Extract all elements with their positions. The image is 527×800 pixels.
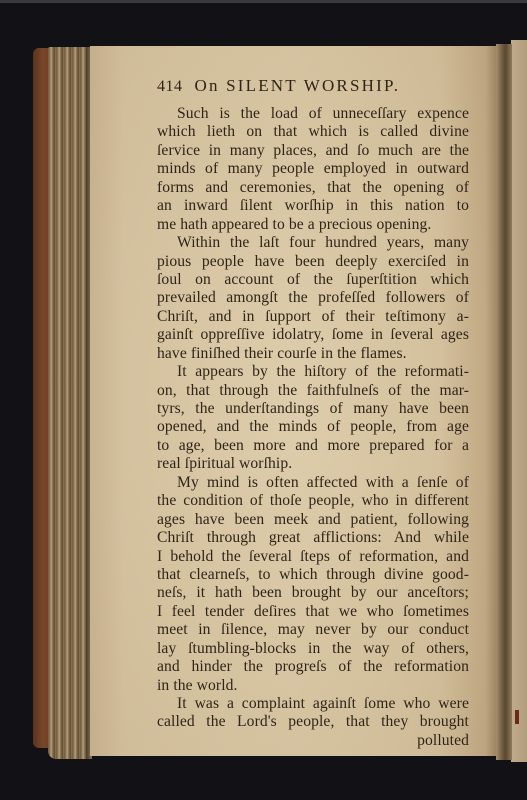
running-head-title: On SILENT WORSHIP. — [195, 77, 401, 95]
paragraph: Within the laſt four hundred years, many… — [157, 234, 469, 363]
text-line: minds of many people employed in outward — [157, 160, 469, 178]
text-line: ages have been meek and patient, followi… — [157, 511, 469, 529]
text-line: My mind is often affected with a ſenſe o… — [157, 474, 469, 492]
page-edges — [48, 47, 92, 759]
text-line: to age, been more and more prepared for … — [157, 437, 469, 455]
text-line: me hath appeared to be a precious openin… — [157, 216, 469, 234]
text-line: and hinder the progreſs of the reformati… — [157, 658, 469, 676]
page-text: 414 On SILENT WORSHIP. Such is the load … — [157, 77, 469, 750]
text-line: I behold the ſeveral ſteps of reformatio… — [157, 548, 469, 566]
text-line: opened, and the minds of people, from ag… — [157, 418, 469, 436]
text-line: meet in ſilence, may never by our conduc… — [157, 621, 469, 639]
text-line: tyrs, the underſtandings of many have be… — [157, 400, 469, 418]
text-line: an inward ſilent worſhip in this nation … — [157, 197, 469, 215]
page-number: 414 — [157, 78, 183, 96]
paragraph: It was a complaint againſt ſome who were… — [157, 695, 469, 732]
text-line: It appears by the hiſtory of the reforma… — [157, 363, 469, 381]
text-line: on, that through the faithfulneſs of the… — [157, 382, 469, 400]
text-line: ſoul on account of the ſuperſtition whic… — [157, 271, 469, 289]
paragraph: My mind is often affected with a ſenſe o… — [157, 474, 469, 695]
text-line: pious people have been deeply exerciſed … — [157, 253, 469, 271]
text-line: lay ſtumbling-blocks in the way of other… — [157, 640, 469, 658]
text-line: forms and ceremonies, that the opening o… — [157, 179, 469, 197]
bookmark-ribbon — [515, 710, 519, 724]
paragraph: It appears by the hiſtory of the reforma… — [157, 363, 469, 474]
book-scan: 414 On SILENT WORSHIP. Such is the load … — [0, 0, 527, 800]
facing-page-sliver — [511, 40, 527, 762]
text-line: Such is the load of unneceſſary expence — [157, 105, 469, 123]
text-line: real ſpiritual worſhip. — [157, 455, 469, 473]
text-line: neſs, it hath been brought by our anceſt… — [157, 584, 469, 602]
text-line: the condition of thoſe people, who in di… — [157, 492, 469, 510]
text-line: called the Lord's people, that they brou… — [157, 713, 469, 731]
text-line: Chriſt through great afflictions: And wh… — [157, 529, 469, 547]
text-line: I feel tender deſires that we who ſometi… — [157, 603, 469, 621]
paragraph: Such is the load of unneceſſary expence … — [157, 105, 469, 234]
running-head: 414 On SILENT WORSHIP. — [157, 77, 469, 103]
text-line: prevailed amongſt the profeſſed follower… — [157, 289, 469, 307]
text-line: Chriſt, and in ſupport of their teſtimon… — [157, 308, 469, 326]
text-line: have finiſhed their courſe in the flames… — [157, 345, 469, 363]
text-line: in the world. — [157, 677, 469, 695]
text-line: that clearneſs, to which through divine … — [157, 566, 469, 584]
text-line: which lieth on that which is called divi… — [157, 123, 469, 141]
text-line: ſervice in many places, and ſo much are … — [157, 142, 469, 160]
scanner-edge — [0, 0, 527, 3]
catchword: polluted — [157, 732, 469, 750]
page-gutter — [496, 44, 512, 760]
text-line: Within the laſt four hundred years, many — [157, 234, 469, 252]
text-line: It was a complaint againſt ſome who were — [157, 695, 469, 713]
text-line: gainſt oppreſſive idolatry, ſome in ſeve… — [157, 326, 469, 344]
